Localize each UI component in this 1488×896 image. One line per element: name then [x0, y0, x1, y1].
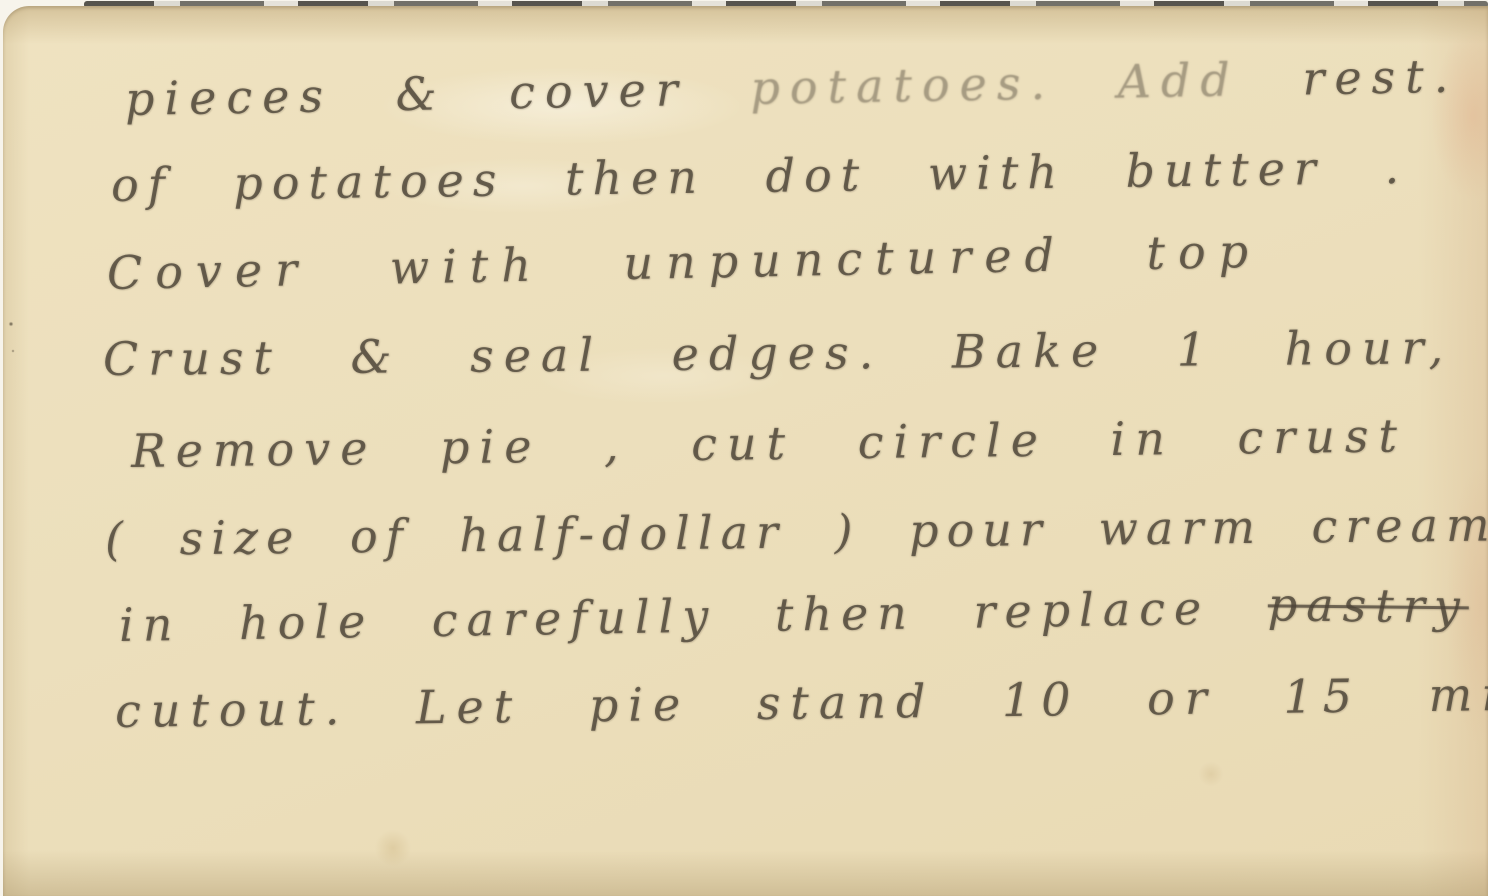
handwriting-text: Cover with unpunctured top: [106, 224, 1261, 300]
handwriting-text: of potatoes then dot with butter .: [111, 140, 1409, 212]
handwriting-line: in hole carefully then replace pastry: [119, 577, 1470, 652]
struck-word: pastry: [1267, 577, 1469, 633]
handwriting-text: Crust & seal edges. Bake 1 hour,: [103, 320, 1454, 386]
handwriting-text: Remove pie , cut circle in crust: [131, 408, 1408, 478]
handwriting-line: Crust & seal edges. Bake 1 hour,: [103, 320, 1454, 386]
faded-handwriting-text: potatoes. Add: [750, 51, 1303, 115]
handwriting-text: rest.: [1302, 49, 1459, 106]
handwriting-line: Cover with unpunctured top: [106, 224, 1261, 300]
handwriting-text: pieces & cover: [125, 61, 751, 126]
handwriting-line: of potatoes then dot with butter .: [111, 140, 1409, 212]
photo-frame: pieces & cover potatoes. Add rest. of po…: [0, 0, 1488, 896]
handwriting-line: cutout. Let pie stand 10 or 15 mins: [115, 666, 1488, 738]
handwriting-line: pieces & cover potatoes. Add rest.: [125, 49, 1459, 126]
handwriting-text: in hole carefully then replace: [119, 580, 1269, 652]
handwriting-text: ( size of half-dollar ) pour warm cream: [105, 497, 1488, 566]
recipe-card: pieces & cover potatoes. Add rest. of po…: [3, 6, 1488, 896]
handwriting-text: cutout. Let pie stand 10 or 15 min: [115, 667, 1488, 738]
handwriting-line: Remove pie , cut circle in crust: [131, 408, 1408, 478]
handwriting-line: ( size of half-dollar ) pour warm cream: [105, 497, 1488, 566]
